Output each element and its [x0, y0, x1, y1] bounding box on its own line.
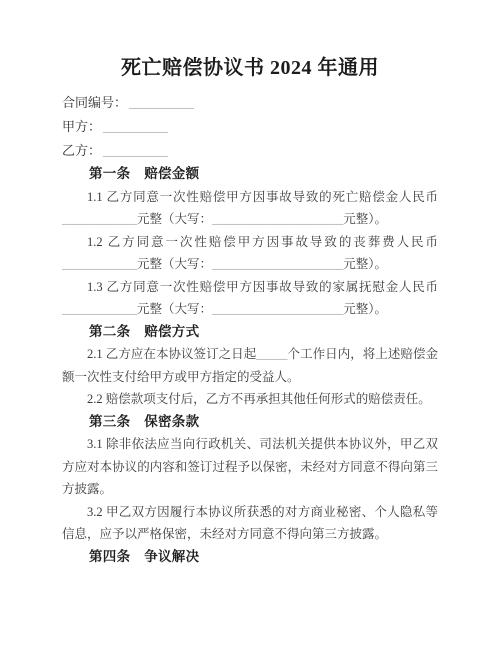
- section-4-heading: 第四条 争议解决: [62, 546, 438, 569]
- party-b-blank: __________: [103, 143, 168, 158]
- party-b-label: 乙方：: [62, 143, 101, 158]
- field-party-b: 乙方：__________: [62, 139, 438, 163]
- section-1-heading: 第一条 赔偿金额: [62, 163, 438, 186]
- clause-1-2: 1.2 乙方同意一次性赔偿甲方因事故导致的丧葬费人民币____________元…: [62, 231, 438, 276]
- party-a-label: 甲方：: [62, 119, 101, 134]
- clause-1-3: 1.3 乙方同意一次性赔偿甲方因事故导致的家属抚慰金人民币___________…: [62, 276, 438, 321]
- header-fields: 合同编号：__________ 甲方：__________ 乙方：_______…: [62, 91, 438, 163]
- section-3-heading: 第三条 保密条款: [62, 411, 438, 434]
- clause-2-2: 2.2 赔偿款项支付后，乙方不再承担其他任何形式的赔偿责任。: [62, 388, 438, 411]
- contract-number-label: 合同编号：: [62, 95, 127, 110]
- field-party-a: 甲方：__________: [62, 115, 438, 139]
- contract-number-blank: __________: [129, 95, 194, 110]
- clause-3-2: 3.2 甲乙双方因履行本协议所获悉的对方商业秘密、个人隐私等信息，应予以严格保密…: [62, 501, 438, 546]
- clause-2-1: 2.1 乙方应在本协议签订之日起_____个工作日内，将上述赔偿金额一次性支付给…: [62, 343, 438, 388]
- party-a-blank: __________: [103, 119, 168, 134]
- clause-1-1: 1.1 乙方同意一次性赔偿甲方因事故导致的死亡赔偿金人民币___________…: [62, 186, 438, 231]
- document-page: 死亡赔偿协议书 2024 年通用 合同编号：__________ 甲方：____…: [0, 0, 500, 647]
- document-body: 第一条 赔偿金额 1.1 乙方同意一次性赔偿甲方因事故导致的死亡赔偿金人民币__…: [62, 163, 438, 568]
- field-contract-number: 合同编号：__________: [62, 91, 438, 115]
- clause-3-1: 3.1 除非依法应当向行政机关、司法机关提供本协议外，甲乙双方应对本协议的内容和…: [62, 433, 438, 501]
- section-2-heading: 第二条 赔偿方式: [62, 321, 438, 344]
- document-title: 死亡赔偿协议书 2024 年通用: [62, 54, 438, 82]
